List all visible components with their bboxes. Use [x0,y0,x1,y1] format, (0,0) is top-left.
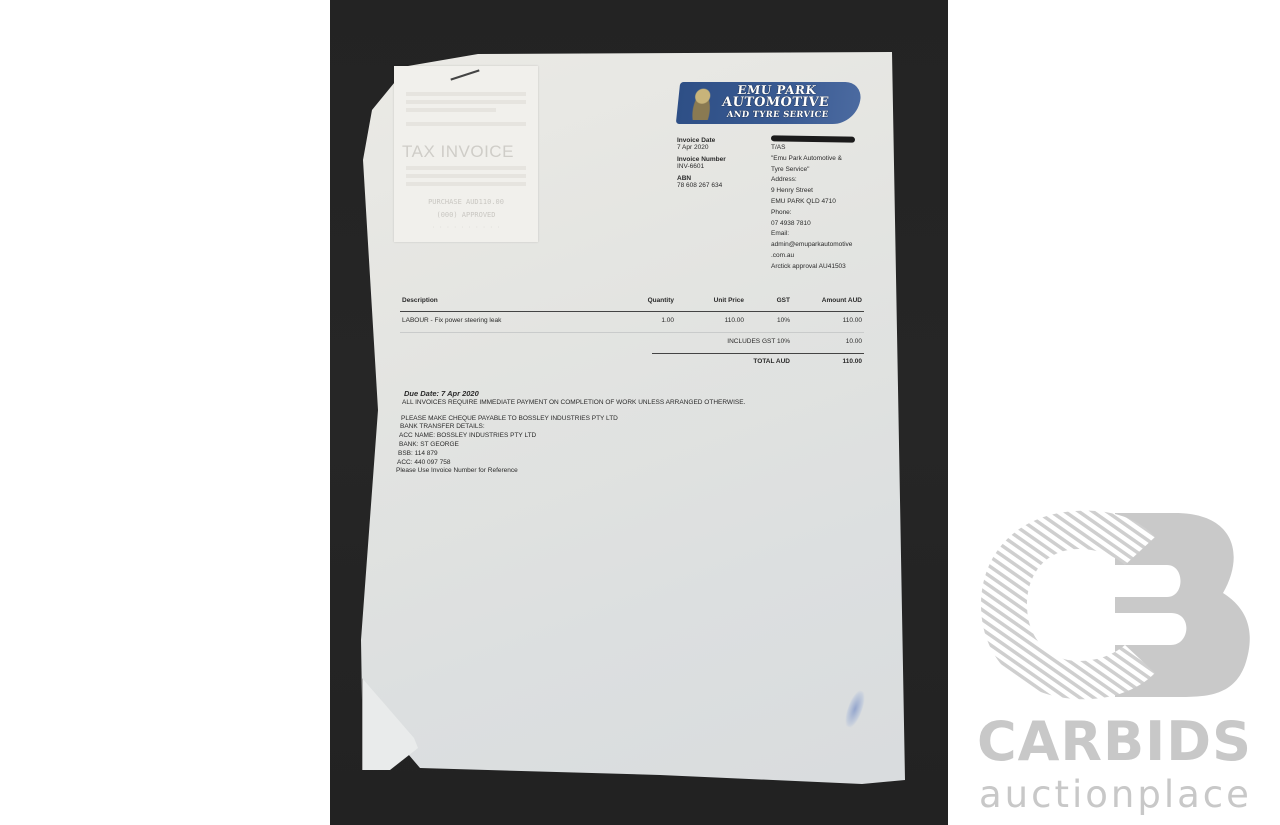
total-row: TOTAL AUD 110.00 [652,354,864,372]
street: 9 Henry Street [771,186,855,197]
receipt-purchase: PURCHASE AUD110.00 [400,198,532,206]
includes-gst-label: INCLUDES GST 10% [727,338,790,345]
stapled-eftpos-receipt: TAX INVOICE PURCHASE AUD110.00 (000) APP… [394,66,538,242]
bank-transfer-heading: BANK TRANSFER DETAILS: [400,423,745,432]
account-number: ACC: 440 097 758 [397,459,745,468]
bank-name: BANK: ST GEORGE [399,441,745,450]
invoice-date-value: 7 Apr 2020 [677,144,726,151]
receipt-footer: · · · · · · · · · · [400,224,532,231]
email-2: .com.au [771,251,855,262]
abn-label: ABN [677,175,726,182]
watermark-brand: CARBIDS [977,710,1252,773]
total-label: TOTAL AUD [753,358,790,365]
header-description: Description [402,297,438,304]
address-label: Address: [771,175,855,186]
row-amount: 110.00 [843,317,862,324]
trading-name-2: Tyre Service" [771,165,855,176]
business-details: T/AS "Emu Park Automotive & Tyre Service… [771,136,855,273]
total-value: 110.00 [842,358,862,365]
includes-gst-row: INCLUDES GST 10% 10.00 [652,333,864,354]
tas-label: T/AS [771,143,855,154]
reference-note: Please Use Invoice Number for Reference [396,467,745,476]
locality: EMU PARK QLD 4710 [771,197,855,208]
invoice-meta: Invoice Date 7 Apr 2020 Invoice Number I… [677,137,726,194]
invoice-number-label: Invoice Number [677,156,726,163]
invoice-date-label: Invoice Date [677,137,726,144]
header-gst: GST [777,297,790,304]
row-unit-price: 110.00 [725,317,744,324]
payment-policy: ALL INVOICES REQUIRE IMMEDIATE PAYMENT O… [402,399,745,408]
header-unit-price: Unit Price [714,297,744,304]
header-quantity: Quantity [648,297,674,304]
invoice-photo: TAX INVOICE PURCHASE AUD110.00 (000) APP… [330,0,948,825]
phone: 07 4938 7810 [771,219,855,230]
payment-notes: Due Date: 7 Apr 2020 ALL INVOICES REQUIR… [396,390,745,476]
includes-gst-value: 10.00 [846,338,862,345]
emu-mascot-icon [688,86,716,120]
arctick-approval: Arctick approval AU41503 [771,262,855,273]
receipt-faded-line [406,122,526,126]
receipt-status: (000) APPROVED [400,211,532,219]
cheque-instructions: PLEASE MAKE CHEQUE PAYABLE TO BOSSLEY IN… [401,415,745,424]
table-header: Description Quantity Unit Price GST Amou… [400,292,864,312]
email-1: admin@emuparkautomotive [771,240,855,251]
staple [450,69,479,80]
logo-line-3: AND TYRE SERVICE [726,110,829,120]
email-label: Email: [771,229,855,240]
invoice-number-value: INV-6601 [677,163,726,170]
bsb: BSB: 114 879 [398,450,745,459]
row-description: LABOUR - Fix power steering leak [402,317,501,324]
redacted-company-name [771,135,855,142]
receipt-title: TAX INVOICE [402,142,514,162]
logo-line-2: AUTOMOTIVE [721,95,829,110]
row-quantity: 1.00 [661,317,674,324]
business-logo: EMU PARK AUTOMOTIVE AND TYRE SERVICE [676,82,862,124]
due-date: Due Date: 7 Apr 2020 [404,390,745,399]
receipt-faded-line [406,108,496,112]
receipt-faded-line [406,182,526,186]
abn-value: 78 608 267 634 [677,182,726,189]
trading-name-1: "Emu Park Automotive & [771,154,855,165]
table-row: LABOUR - Fix power steering leak 1.00 11… [400,312,864,333]
header-amount: Amount AUD [822,297,862,304]
receipt-faded-line [406,92,526,96]
row-gst: 10% [777,317,790,324]
carbids-watermark: CARBIDS auctionplace [975,505,1255,815]
line-items-table: Description Quantity Unit Price GST Amou… [400,292,864,372]
account-name: ACC NAME: BOSSLEY INDUSTRIES PTY LTD [399,432,745,441]
receipt-faded-line [406,174,526,178]
receipt-faded-line [406,166,526,170]
carbids-cb-logo-icon [975,505,1255,705]
phone-label: Phone: [771,208,855,219]
watermark-tagline: auctionplace [979,773,1252,816]
receipt-faded-line [406,100,526,104]
